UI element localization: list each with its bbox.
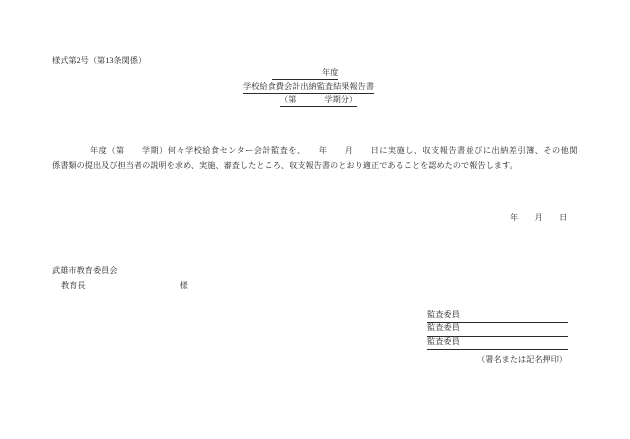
body-line-2: 係書類の提出及び担当者の説明を求め、実施、審査したところ、収支報告書のとおり適正… (52, 158, 578, 174)
addressee-name-blank-field (86, 287, 180, 288)
auditor-label-1: 監査委員 (427, 308, 460, 322)
addressee-role: 教育長 (61, 281, 86, 290)
body-line-1: 年度（第 学期）何々学校給食センター会計監査を、 年 月 日に実施し、収支報告書… (52, 143, 578, 159)
title-year-suffix: 年度 (322, 68, 338, 77)
report-title: 学校給食費会計出納監査結果報告書 (243, 82, 374, 94)
form-number: 様式第2号（第13条関係） (52, 54, 146, 68)
title-main-line: 学校給食費会計出納監査結果報告書 (243, 80, 374, 94)
semester-suffix: 学期分） (324, 95, 357, 104)
auditor-label-3: 監査委員 (427, 335, 460, 349)
semester-prefix: （第 (280, 95, 296, 104)
title-semester-line: （第学期分） (280, 93, 357, 107)
year-blank-field (272, 74, 322, 75)
report-form-page: 様式第2号（第13条関係） 年度 学校給食費会計出納監査結果報告書 （第学期分）… (0, 0, 630, 439)
addressee-role-line: 教育長様 (61, 279, 188, 293)
addressee-organization: 武雄市教育委員会 (52, 264, 118, 278)
auditor-label-2: 監査委員 (427, 321, 460, 335)
date-line: 年 月 日 (510, 211, 567, 225)
signature-note: （署名または記名押印） (477, 353, 567, 367)
body-paragraph: 年度（第 学期）何々学校給食センター会計監査を、 年 月 日に実施し、収支報告書… (52, 143, 578, 174)
signature-row: 監査委員 (427, 337, 568, 351)
title-year-line: 年度 (272, 66, 338, 80)
semester-blank-field (296, 101, 324, 102)
addressee-honorific: 様 (180, 281, 188, 290)
signature-block: 監査委員 監査委員 監査委員 (427, 310, 568, 351)
